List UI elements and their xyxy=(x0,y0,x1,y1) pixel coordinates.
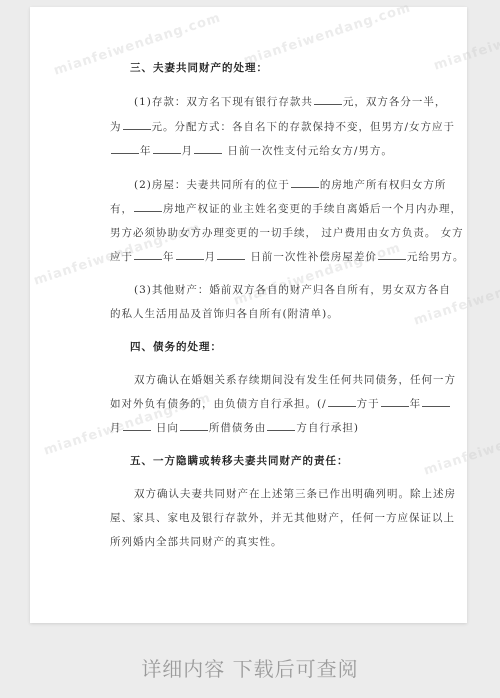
blank-field[interactable] xyxy=(180,420,208,431)
document-page: mianfeiwendang.com mianfeiwendang.com mi… xyxy=(30,7,467,623)
paragraph-deposit-line-2: 为元。分配方式：各自名下的存款保持不变，但男方/女方应于 xyxy=(110,119,455,134)
paragraph-other-line-2: 的私人生活用品及首饰归各自所有(附清单)。 xyxy=(110,306,339,321)
section-heading-3: 三、夫妻共同财产的处理： xyxy=(130,60,268,75)
paragraph-debt-line-1: 双方确认在婚姻关系存续期间没有发生任何共同债务，任何一方 xyxy=(134,372,456,387)
blank-field[interactable] xyxy=(134,249,162,260)
blank-field[interactable] xyxy=(378,249,406,260)
blank-field[interactable] xyxy=(328,396,356,407)
download-prompt[interactable]: 详细内容 下载后可查阅 xyxy=(0,653,500,682)
blank-field[interactable] xyxy=(267,420,295,431)
section-heading-5: 五、一方隐瞒或转移夫妻共同财产的责任： xyxy=(130,453,349,468)
section-heading-4: 四、债务的处理： xyxy=(130,339,222,354)
blank-field[interactable] xyxy=(123,119,151,130)
paragraph-deposit-line-3: 年月 日前一次性支付元给女方/男方。 xyxy=(110,143,393,158)
paragraph-liability-line-3: 所列婚内全部共同财产的真实性。 xyxy=(110,534,283,549)
paragraph-house-line-2: 有，房地产权证的业主姓名变更的手续自离婚后一个月内办理， xyxy=(110,201,462,216)
paragraph-other-line-1: (3)其他财产：婚前双方各自的财产归各自所有，男女双方各自 xyxy=(134,282,451,297)
blank-field[interactable] xyxy=(176,249,204,260)
blank-field[interactable] xyxy=(291,177,319,188)
blank-field[interactable] xyxy=(194,143,222,154)
blank-field[interactable] xyxy=(134,201,162,212)
watermark: mianfeiwendang.com xyxy=(432,5,500,73)
blank-field[interactable] xyxy=(422,396,450,407)
paragraph-liability-line-2: 屋、家具、家电及银行存款外，并无其他财产，任何一方应保证以上 xyxy=(110,510,455,525)
paragraph-liability-line-1: 双方确认夫妻共同财产在上述第三条已作出明确列明。除上述房 xyxy=(134,486,456,501)
paragraph-house-line-1: (2)房屋：夫妻共同所有的位于的房地产所有权归女方所 xyxy=(134,177,446,192)
paragraph-debt-line-3: 月 日向所借债务由方自行承担) xyxy=(110,420,359,435)
paragraph-debt-line-2: 如对外负有债务的，由负债方自行承担。(/方于年 xyxy=(110,396,451,411)
blank-field[interactable] xyxy=(381,396,409,407)
blank-field[interactable] xyxy=(153,143,181,154)
blank-field[interactable] xyxy=(217,249,245,260)
paragraph-deposit-line-1: (1)存款：双方名下现有银行存款共元，双方各分一半， xyxy=(134,94,446,109)
blank-field[interactable] xyxy=(111,143,139,154)
paragraph-house-line-3: 男方必须协助女方办理变更的一切手续， 过户费用由女方负责。 女方 xyxy=(110,225,464,240)
watermark: mianfeiwendang.com xyxy=(422,410,500,478)
paragraph-house-line-4: 应于年月 日前一次性补偿房屋差价元给男方。 xyxy=(110,249,464,264)
watermark: mianfeiwendang.com xyxy=(242,0,413,68)
blank-field[interactable] xyxy=(314,94,342,105)
blank-field[interactable] xyxy=(123,420,151,431)
